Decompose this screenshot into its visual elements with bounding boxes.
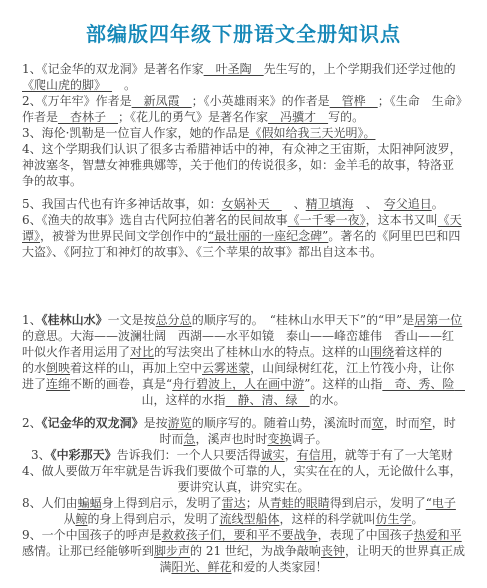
text-run: 。	[432, 197, 444, 211]
lesson-title: 《桂林山水》	[42, 313, 108, 327]
text-run: 2、	[22, 416, 42, 430]
text-line: 要讲究认真，讲究实在。	[22, 479, 465, 495]
text-run: 的意思。大海——波澜壮阔 西湖——水平如镜 泰山——峰峦雄伟 香山——红	[22, 329, 454, 343]
text-run: 感情。让那已经能够听到	[22, 544, 154, 558]
text-run: 进了	[22, 377, 46, 391]
text-run: ，时而	[384, 416, 420, 430]
text-run: ；《花儿的勇气》是著名作家	[118, 110, 268, 124]
lesson-title: 《记金华的双龙洞》	[42, 416, 144, 430]
text-run: 争的故事。	[22, 174, 82, 188]
text-run: 8、人们由	[22, 496, 78, 510]
answer-blank: 雷达	[222, 496, 246, 510]
text-run: 3、	[31, 448, 51, 462]
answer-blank: 《一千零一夜》	[288, 213, 366, 227]
text-line: 时而急，溪声也时时变换调子。	[22, 431, 465, 447]
text-run: ，表现了中国孩子	[318, 528, 414, 542]
text-run: ，溪声也时时	[195, 432, 267, 446]
text-line: 进了连绵不断的画卷，真是“舟行碧波上，人在画中游”。这样的山指 奇、秀、险 的	[22, 376, 465, 392]
text-run: 调子。	[292, 432, 328, 446]
answer-blank: 精卫填海	[306, 197, 354, 211]
text-line: 叶似火作者用运用了对比的写法突出了桂林山水的特点。这样的山围绕着这样的水，这样	[22, 344, 465, 360]
answer-blank: 围绕	[370, 345, 394, 359]
answer-blank: 杏林子	[58, 110, 118, 124]
text-line: 3、海伦·凯勒是一位盲人作家，她的作品是《假如给我三天光明》。	[22, 125, 465, 141]
text-run: 6、《渔夫的故事》选自古代阿拉伯著名的民间故事	[22, 213, 288, 227]
answer-blank: 蝙蝠	[78, 496, 102, 510]
text-run: 要讲究认真，讲究实在。	[177, 480, 309, 494]
answer-blank: 仿生学	[376, 512, 412, 526]
text-run: 从	[63, 512, 75, 526]
text-line: 作者是 杏林子 ；《花儿的勇气》是著名作家 冯骥才 写的。	[22, 109, 465, 125]
text-run: 2、《万年牢》作者是	[22, 94, 132, 108]
answer-blank: 救救孩子们，要和平不要战争	[162, 528, 318, 542]
answer-blank: “最壮丽的一座纪念碑”	[208, 229, 328, 243]
text-line: 6、《渔夫的故事》选自古代阿拉伯著名的民间故事《一千零一夜》，这本书又叫《天方夜	[22, 212, 465, 228]
text-run: 和爱的人类家园！	[232, 560, 328, 574]
text-line: 的水倒映着这样的山，再加上空中云雾迷蒙，山间绿树红花，江上竹筏小舟，让你像是走	[22, 360, 465, 376]
text-run: 1、	[22, 313, 42, 327]
text-run: 身上得到启示，发明了	[102, 496, 222, 510]
text-run: 的写法突出了桂林山水的特点。这样的山	[154, 345, 370, 359]
text-run: ，这本书又叫	[366, 213, 438, 227]
text-line: 神波塞冬，智慧女神雅典娜等，关于他们的传说很多，如：金羊毛的故事，特洛亚战	[22, 157, 465, 173]
section-course-text-points: 1、《桂林山水》一文是按总分总的顺序写的。 “桂林山水甲天下”的“甲”是居第一位…	[22, 312, 465, 575]
answer-blank: 热爱和平	[414, 528, 462, 542]
text-line: 谭》，被誉为世界民间文学创作中的“最壮丽的一座纪念碑”。著名的《阿里巴巴和四十	[22, 228, 465, 244]
text-run: 4、做人要做万年牢就是告诉我们要做个可靠的人，实实在在的人，无论做什么事，都	[22, 464, 462, 479]
lesson-title: 《中彩那天》	[51, 448, 117, 462]
answer-blank: 窄	[420, 416, 432, 430]
text-run: 的 21 世纪，为战争敲响	[190, 544, 321, 558]
answer-blank: 阳光、鲜花	[171, 560, 231, 574]
answer-blank: 宽	[372, 416, 384, 430]
text-line: 4、做人要做万年牢就是告诉我们要做个可靠的人，实实在在的人，无论做什么事，都	[22, 463, 465, 479]
section-divider-gap	[22, 260, 465, 312]
text-run: 大盗》、《阿拉丁和神灯的故事》、《三个苹果的故事》都出自这本书。	[22, 245, 382, 259]
text-run: 3、海伦·凯勒是一位盲人作家，她的作品是	[22, 126, 249, 140]
text-line: 2、《万年牢》作者是 新凤霞 ；《小英雄雨来》的作者是 管桦 ；《生命 生命》的	[22, 93, 465, 109]
answer-blank: 连绵	[46, 377, 70, 391]
answer-blank: 夸父追日	[384, 197, 432, 211]
text-line: 大盗》、《阿拉丁和神灯的故事》、《三个苹果的故事》都出自这本书。	[22, 244, 465, 260]
text-line: 9、一个中国孩子的呼声是救救孩子们，要和平不要战争，表现了中国孩子热爱和平的思想	[22, 527, 465, 543]
text-run: 是按	[144, 416, 168, 430]
text-line: 争的故事。	[22, 173, 465, 189]
text-run: ；从	[246, 496, 270, 510]
text-run: ，这样的科学就叫	[280, 512, 376, 526]
text-run: 5、我国古代也有许多神话故事，如：	[22, 197, 222, 211]
text-line: 8、人们由蝙蝠身上得到启示，发明了雷达；从青蛙的眼睛得到启示，发明了“电子蛙眼”…	[22, 495, 465, 511]
answer-blank: 谭》	[22, 229, 40, 243]
text-line: 5、我国古代也有许多神话故事，如：女娲补天 、精卫填海 、 夸父追日。	[22, 196, 465, 212]
text-run: 。	[112, 78, 136, 92]
answer-blank: 居第一位	[414, 313, 462, 327]
text-line: 3、《中彩那天》告诉我们：一个人只要活得诚实，有信用，就等于有了一大笔财富。	[22, 447, 465, 463]
text-run: ”。这样的山指	[304, 377, 382, 391]
answer-blank: 诚实	[261, 448, 285, 462]
text-run: 9、一个中国孩子的呼声是	[22, 528, 162, 542]
answer-blank: 叶圣陶	[204, 62, 264, 76]
text-run: 写的。	[328, 110, 364, 124]
answer-blank: 有信用	[297, 448, 333, 462]
text-run: 不断的画卷，真是“	[70, 377, 172, 391]
text-run: 的水	[22, 361, 46, 375]
text-line: 的意思。大海——波澜壮阔 西湖——水平如镜 泰山——峰峦雄伟 香山——红	[22, 328, 465, 344]
section-literature-knowledge: 1、《记金华的双龙洞》是著名作家 叶圣陶 先生写的，上个学期我们还学过他的作品《…	[22, 61, 465, 260]
answer-blank: 管桦	[330, 94, 378, 108]
text-run: 的水。	[310, 393, 346, 407]
answer-blank: 急	[183, 432, 195, 446]
text-line: 《爬山虎的脚》 。	[22, 77, 465, 93]
text-line: 满阳光、鲜花和爱的人类家园！	[22, 559, 465, 575]
text-run: 、	[354, 197, 384, 211]
answer-blank: 女娲补天	[222, 197, 282, 211]
answer-blank: 云雾迷蒙	[202, 361, 250, 375]
text-run: 的顺序写的。 “桂林山水甲天下”的“甲”是	[192, 313, 415, 327]
text-run: ，	[285, 448, 297, 462]
answer-blank: 冯骥才	[268, 110, 328, 124]
text-run: ，被誉为世界民间文学创作中的	[40, 229, 208, 243]
text-run: 一文是按	[108, 313, 156, 327]
answer-blank: 舟行碧波上，人在画中游	[172, 377, 304, 391]
text-run: 神波塞冬，智慧女神雅典娜等，关于他们的传说很多，如：金羊毛的故事，特洛亚战	[22, 158, 454, 173]
answer-blank: 《爬山虎的脚》	[22, 78, 112, 92]
text-run: 的身上得到启示，发明了	[87, 512, 219, 526]
document-page: 部编版四年级下册语文全册知识点 1、《记金华的双龙洞》是著名作家 叶圣陶 先生写…	[0, 0, 487, 588]
text-run: 满	[159, 560, 171, 574]
answer-blank: 对比	[130, 345, 154, 359]
text-line: 1、《记金华的双龙洞》是著名作家 叶圣陶 先生写的，上个学期我们还学过他的作品	[22, 61, 465, 77]
text-run: 告诉我们：一个人只要活得	[117, 448, 261, 462]
text-run: 4、这个学期我们认识了很多古希腊神话中的神，有众神之王宙斯，太阳神阿波罗，海	[22, 142, 462, 157]
answer-blank: 青蛙的眼睛	[270, 496, 330, 510]
answer-blank: 鲸	[75, 512, 87, 526]
answer-blank: 新凤霞	[132, 94, 192, 108]
text-line: 山，这样的水指 静、清、绿 的水。	[22, 392, 465, 408]
answer-blank: 静、清、绿	[225, 393, 309, 407]
answer-blank: 总分总	[156, 313, 192, 327]
text-run: 。	[412, 512, 424, 526]
text-run: 1、《记金华的双龙洞》是著名作家	[22, 62, 204, 76]
answer-blank: 变换	[268, 432, 292, 446]
answer-blank: 游览	[168, 416, 192, 430]
text-run: 、	[282, 197, 306, 211]
text-run: ；《小英雄雨来》的作者是	[192, 94, 330, 108]
text-run: 叶似火作者用运用了	[22, 345, 130, 359]
text-line: 从鲸的身上得到启示，发明了流线型船体，这样的科学就叫仿生学。	[22, 511, 465, 527]
text-line: 4、这个学期我们认识了很多古希腊神话中的神，有众神之王宙斯，太阳神阿波罗，海	[22, 141, 465, 157]
answer-blank: 脚步声	[154, 544, 190, 558]
answer-blank: 《假如给我三天光明》。	[249, 126, 375, 140]
text-run: 山，这样的水指	[141, 393, 225, 407]
text-line: 感情。让那已经能够听到脚步声的 21 世纪，为战争敲响丧钟，让明天的世界真正成为…	[22, 543, 465, 559]
text-run: 的顺序写的。随着山势，溪流时而	[192, 416, 372, 430]
answer-blank: 流线型船体	[219, 512, 279, 526]
text-run: 时而	[159, 432, 183, 446]
text-run: 着这样的山，再加上空中	[70, 361, 202, 375]
page-title: 部编版四年级下册语文全册知识点	[22, 18, 465, 47]
text-run: 得到启示，发明了	[330, 496, 426, 510]
answer-blank: 倒映	[46, 361, 70, 375]
text-line: 1、《桂林山水》一文是按总分总的顺序写的。 “桂林山水甲天下”的“甲”是居第一位	[22, 312, 465, 328]
text-line: 2、《记金华的双龙洞》是按游览的顺序写的。随着山势，溪流时而宽，时而窄，时而缓，	[22, 415, 465, 431]
answer-blank: 丧钟	[321, 544, 345, 558]
answer-blank: 奇、秀、险	[382, 377, 465, 391]
text-run: 作者是	[22, 110, 58, 124]
